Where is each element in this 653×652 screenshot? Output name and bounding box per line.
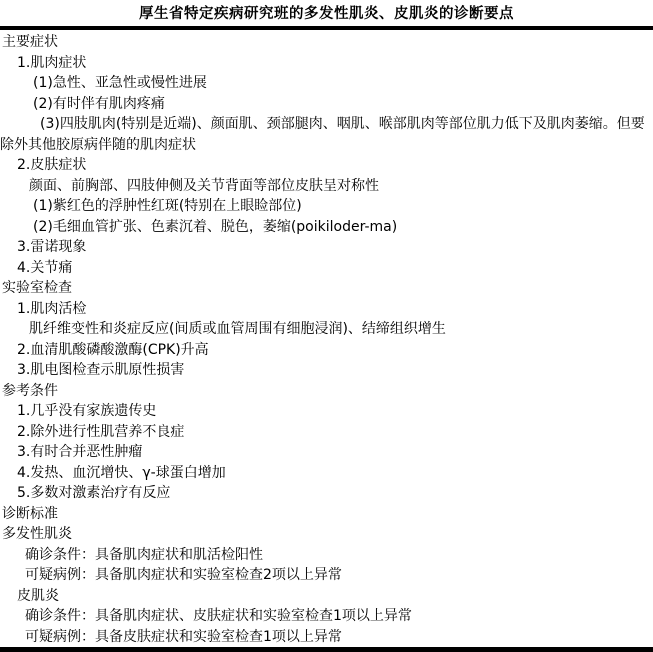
list-item-raynaud: 3.雷诺现象	[0, 237, 653, 258]
list-item-muscle-symptoms: 1.肌肉症状	[0, 53, 653, 74]
criteria-line-confirmed: 确诊条件：具备肌肉症状、皮肤症状和实验室检查1项以上异常	[0, 606, 653, 627]
list-item: 1.几乎没有家族遗传史	[0, 401, 653, 422]
sub-item-description: 肌纤维变性和炎症反应(间质或血管周围有细胞浸润)、结缔组织增生	[0, 319, 653, 340]
document-body: 主要症状 1.肌肉症状 (1)急性、亚急性或慢性进展 (2)有时伴有肌肉疼痛 (…	[0, 30, 653, 647]
list-item: 3.有时合并恶性肿瘤	[0, 442, 653, 463]
list-item-arthralgia: 4.关节痛	[0, 258, 653, 279]
sub-item-description: 颜面、前胸部、四肢伸侧及关节背面等部位皮肤呈对称性	[0, 176, 653, 197]
criteria-line-confirmed: 确诊条件：具备肌肉症状和肌活检阳性	[0, 545, 653, 566]
section-heading-main-symptoms: 主要症状	[0, 32, 653, 53]
sub-item: (1)急性、亚急性或慢性进展	[0, 73, 653, 94]
list-item-skin-symptoms: 2.皮肤症状	[0, 155, 653, 176]
section-heading-lab-tests: 实验室检查	[0, 278, 653, 299]
list-item-cpk: 2.血清肌酸磷酸激酶(CPK)升高	[0, 340, 653, 361]
section-heading-reference-criteria: 参考条件	[0, 381, 653, 402]
sub-item: (2)毛细血管扩张、色素沉着、脱色，萎缩(poikiloder-ma)	[0, 217, 653, 238]
criteria-line-suspected: 可疑病例：具备皮肤症状和实验室检查1项以上异常	[0, 627, 653, 648]
document-title: 厚生省特定疾病研究班的多发性肌炎、皮肌炎的诊断要点	[0, 0, 653, 23]
disease-heading-polymyositis: 多发性肌炎	[0, 524, 653, 545]
sub-item: (1)紫红色的浮肿性红斑(特别在上眼睑部位)	[0, 196, 653, 217]
list-item: 2.除外进行性肌营养不良症	[0, 422, 653, 443]
list-item: 5.多数对激素治疗有反应	[0, 483, 653, 504]
criteria-line-suspected: 可疑病例：具备肌肉症状和实验室检查2项以上异常	[0, 565, 653, 586]
list-item-muscle-biopsy: 1.肌肉活检	[0, 299, 653, 320]
list-item: 4.发热、血沉增快、γ-球蛋白增加	[0, 463, 653, 484]
sub-item: (2)有时伴有肌肉疼痛	[0, 94, 653, 115]
footer-rule	[0, 647, 653, 652]
list-item-emg: 3.肌电图检查示肌原性损害	[0, 360, 653, 381]
section-heading-diagnostic-criteria: 诊断标准	[0, 504, 653, 525]
document: 厚生省特定疾病研究班的多发性肌炎、皮肌炎的诊断要点 主要症状 1.肌肉症状 (1…	[0, 0, 653, 652]
sub-item-paragraph: (3)四肢肌肉(特别是近端)、颜面肌、颈部腿肉、咽肌、喉部肌肉等部位肌力低下及肌…	[0, 114, 653, 155]
disease-heading-dermatomyositis: 皮肌炎	[0, 586, 653, 607]
